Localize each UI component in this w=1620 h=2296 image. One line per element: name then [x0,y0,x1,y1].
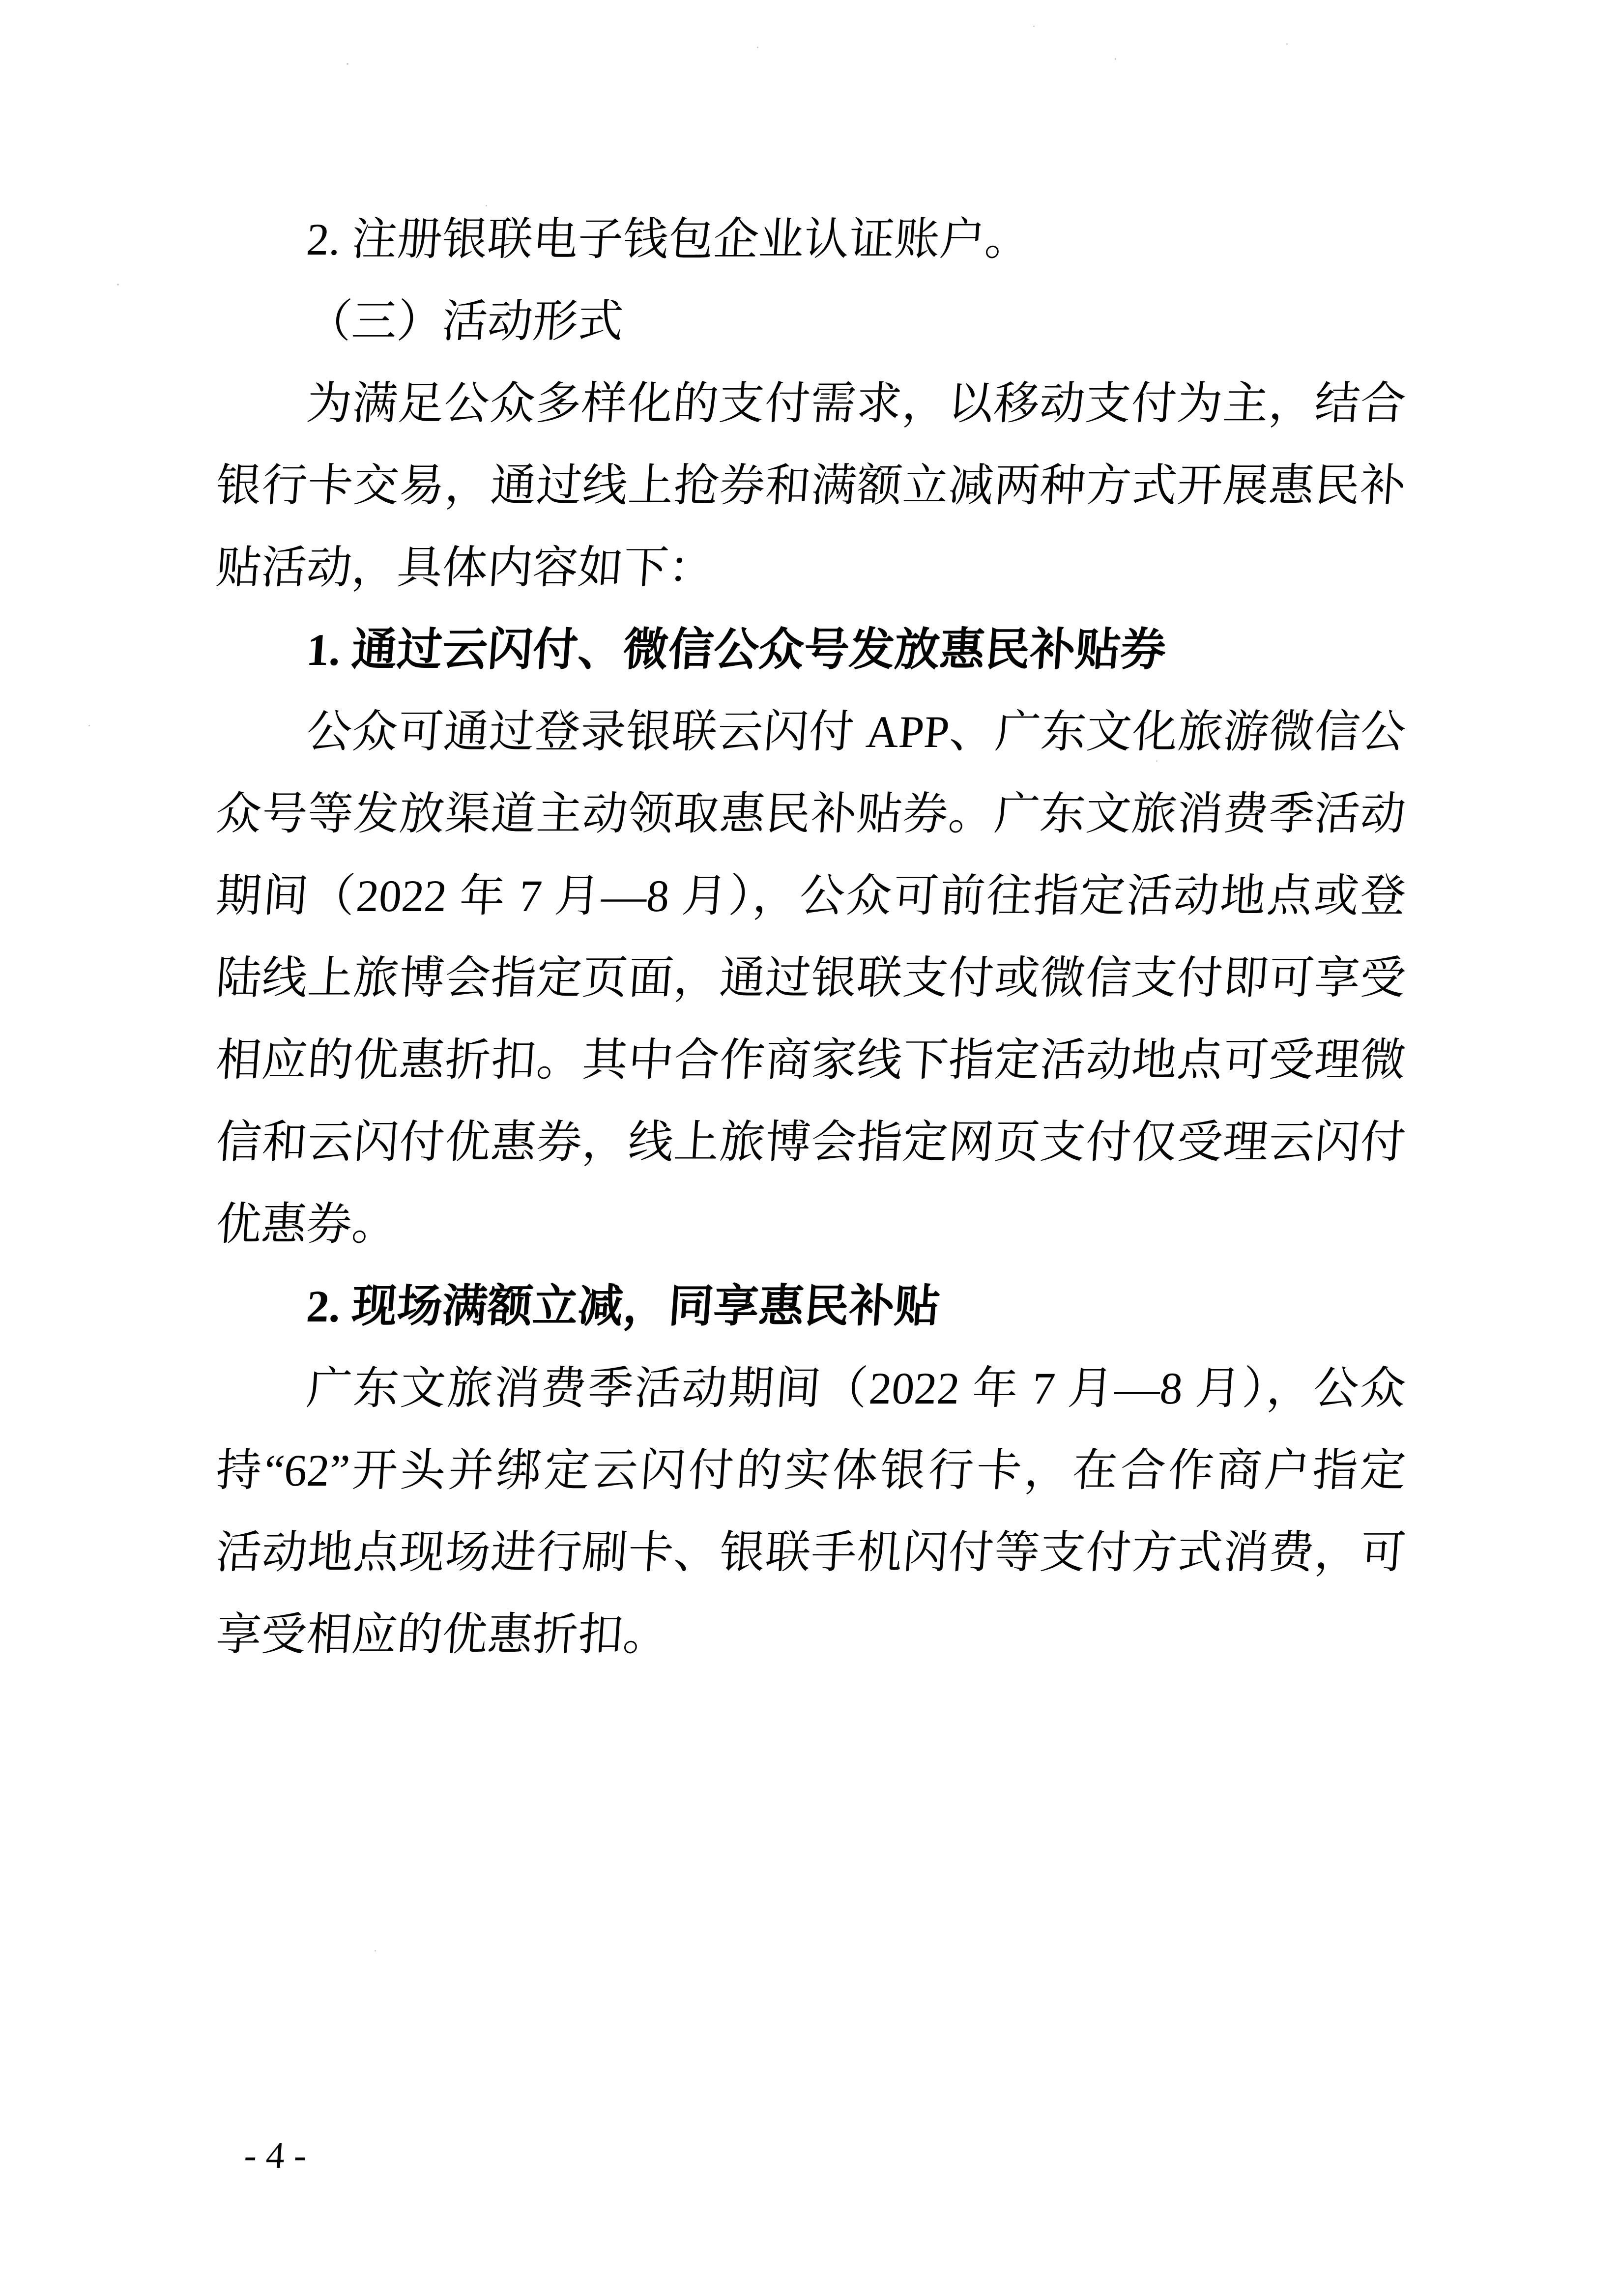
scan-speck [88,725,90,726]
scan-speck [1033,26,1035,27]
scan-speck [1286,43,1288,45]
numbered-heading: 2. 现场满额立减，同享惠民补贴 [213,1265,1409,1348]
section-heading: （三）活动形式 [213,281,1409,363]
scan-speck [347,63,348,65]
paragraph-line: 优惠券。 [213,1183,1409,1265]
scan-speck [375,1950,376,1952]
paragraph-line: 公众可通过登录银联云闪付 APP、广东文化旅游微信公 [213,691,1409,773]
paragraph-line: 众号等发放渠道主动领取惠民补贴券。广东文旅消费季活动 [213,773,1409,855]
paragraph-line: 贴活动，具体内容如下： [213,527,1409,609]
paragraph-line: 相应的优惠折扣。其中合作商家线下指定活动地点可受理微 [213,1019,1409,1101]
paragraph-line: 期间（2022 年 7 月—8 月），公众可前往指定活动地点或登 [213,855,1409,937]
paragraph-line: 广东文旅消费季活动期间（2022 年 7 月—8 月），公众 [213,1348,1409,1430]
paragraph-line: 活动地点现场进行刷卡、银联手机闪付等支付方式消费，可 [213,1512,1409,1594]
paragraph-line: 持“62”开头并绑定云闪付的实体银行卡，在合作商户指定 [213,1430,1409,1512]
paragraph-line: 享受相应的优惠折扣。 [213,1594,1409,1676]
body-line: 2. 注册银联电子钱包企业认证账户。 [213,199,1409,281]
document-page: 2. 注册银联电子钱包企业认证账户。 （三）活动形式 为满足公众多样化的支付需求… [0,0,1620,2296]
scan-speck [1115,58,1116,60]
numbered-heading: 1. 通过云闪付、微信公众号发放惠民补贴券 [213,609,1409,691]
paragraph-line: 陆线上旅博会指定页面，通过银联支付或微信支付即可享受 [213,937,1409,1019]
paragraph-line: 银行卡交易，通过线上抢券和满额立减两种方式开展惠民补 [213,445,1409,527]
scan-speck [757,47,758,48]
paragraph-line: 信和云闪付优惠券，线上旅博会指定网页支付仅受理云闪付 [213,1101,1409,1183]
document-body: 2. 注册银联电子钱包企业认证账户。 （三）活动形式 为满足公众多样化的支付需求… [216,199,1406,1676]
page-number: - 4 - [243,2131,309,2180]
paragraph-line: 为满足公众多样化的支付需求，以移动支付为主，结合 [213,363,1409,445]
scan-speck [117,284,119,286]
